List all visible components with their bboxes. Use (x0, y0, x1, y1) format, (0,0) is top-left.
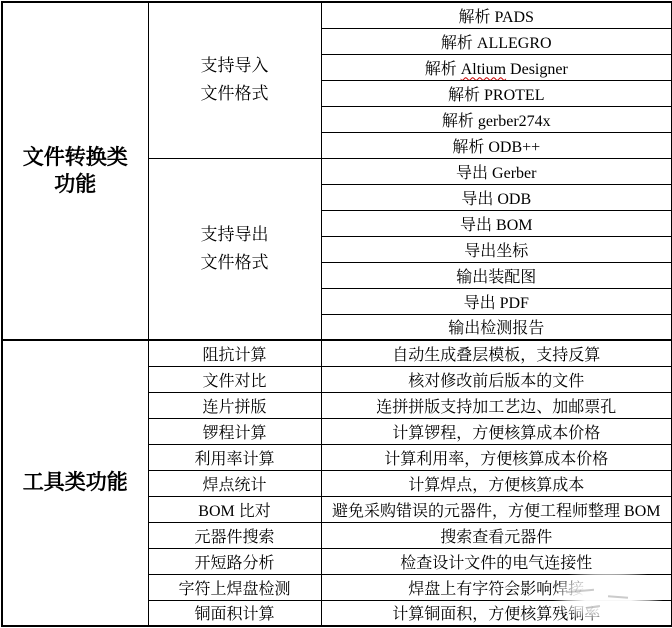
feature-cell: 输出检测报告 (321, 314, 672, 340)
feature-cell: 解析 ODB++ (321, 132, 672, 158)
feature-cell: 解析 PADS (321, 2, 672, 28)
tool-name-cell: 铜面积计算 (148, 600, 321, 626)
feature-cell: 解析 ALLEGRO (321, 28, 672, 54)
tool-desc-cell: 搜索查看元器件 (321, 522, 672, 548)
feature-cell: 导出 Gerber (321, 158, 672, 184)
feature-cell: 导出 BOM (321, 210, 672, 236)
feature-text-prefix: 解析 (425, 61, 461, 78)
tool-desc-cell: 计算利用率，方便核算成本价格 (321, 444, 672, 470)
tool-desc-cell: 焊盘上有字符会影响焊接 (321, 574, 672, 600)
feature-cell: 解析 PROTEL (321, 80, 672, 106)
tool-name-cell: BOM 比对 (148, 496, 321, 522)
feature-cell: 解析 gerber274x (321, 106, 672, 132)
feature-table: 文件转换类 功能 支持导入 文件格式 解析 PADS 解析 ALLEGRO 解析… (1, 1, 672, 627)
feature-text-suffix: Designer (506, 61, 568, 78)
tool-desc-cell: 计算锣程，方便核算成本价格 (321, 418, 672, 444)
spellcheck-flagged-word: Altium (461, 61, 506, 78)
feature-cell: 导出 PDF (321, 288, 672, 314)
feature-cell: 导出坐标 (321, 236, 672, 262)
tool-desc-cell: 检查设计文件的电气连接性 (321, 548, 672, 574)
tool-desc-cell: 避免采购错误的元器件，方便工程师整理 BOM (321, 496, 672, 522)
category-cell-file-conversion: 文件转换类 功能 (2, 2, 148, 340)
tool-name-cell: 阻抗计算 (148, 340, 321, 366)
tool-name-cell: 元器件搜索 (148, 522, 321, 548)
tool-name-cell: 开短路分析 (148, 548, 321, 574)
tool-name-cell: 利用率计算 (148, 444, 321, 470)
feature-cell: 解析 Altium Designer (321, 54, 672, 80)
group-label-cell-import: 支持导入 文件格式 (148, 2, 321, 158)
tool-desc-cell: 计算焊点，方便核算成本 (321, 470, 672, 496)
table-row: 工具类功能 阻抗计算 自动生成叠层模板，支持反算 (2, 340, 672, 366)
tool-desc-cell: 核对修改前后版本的文件 (321, 366, 672, 392)
tool-name-cell: 文件对比 (148, 366, 321, 392)
feature-cell: 输出装配图 (321, 262, 672, 288)
group-label-cell-export: 支持导出 文件格式 (148, 158, 321, 340)
feature-cell: 导出 ODB (321, 184, 672, 210)
tool-name-cell: 字符上焊盘检测 (148, 574, 321, 600)
tool-desc-cell: 自动生成叠层模板，支持反算 (321, 340, 672, 366)
tool-name-cell: 锣程计算 (148, 418, 321, 444)
tool-name-cell: 连片拼版 (148, 392, 321, 418)
table-row: 文件转换类 功能 支持导入 文件格式 解析 PADS (2, 2, 672, 28)
document-page: 文件转换类 功能 支持导入 文件格式 解析 PADS 解析 ALLEGRO 解析… (0, 0, 672, 628)
category-cell-tools: 工具类功能 (2, 340, 148, 626)
tool-desc-cell: 连拼拼版支持加工艺边、加邮票孔 (321, 392, 672, 418)
tool-desc-cell: 计算铜面积，方便核算残铜率 (321, 600, 672, 626)
tool-name-cell: 焊点统计 (148, 470, 321, 496)
